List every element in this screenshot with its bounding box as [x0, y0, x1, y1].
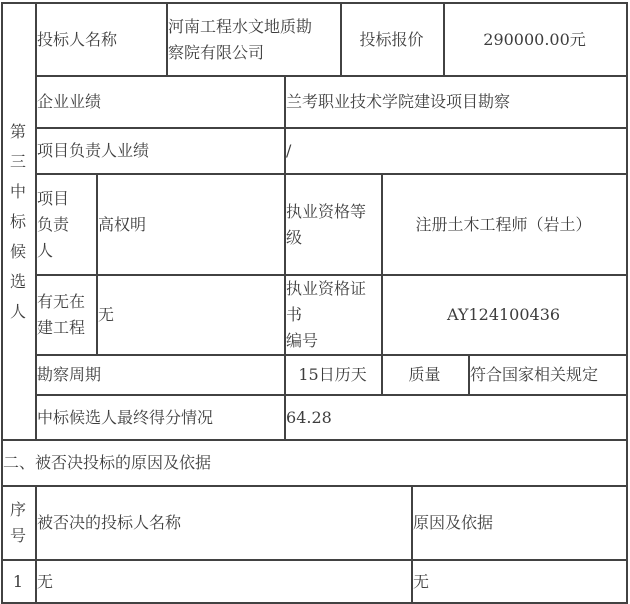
under-construction-value: 无 [97, 275, 285, 355]
rejected-row-reason: 无 [412, 560, 627, 603]
bid-price-value: 290000.00元 [444, 3, 627, 76]
rejected-bidder-name-header: 被否决的投标人名称 [36, 486, 412, 560]
quality-value: 符合国家相关规定 [469, 355, 627, 395]
bid-price-label: 投标报价 [341, 3, 444, 76]
final-score-value: 64.28 [285, 395, 627, 440]
bidder-name-label: 投标人名称 [36, 3, 167, 76]
leader-performance-value: / [285, 128, 627, 174]
rejected-reason-header: 原因及依据 [412, 486, 627, 560]
qualification-level-label: 执业资格等 级 [285, 174, 382, 275]
candidate-group-label: 第三中标候选人 [10, 117, 27, 327]
enterprise-performance-label: 企业业绩 [36, 76, 285, 128]
final-score-label: 中标候选人最终得分情况 [36, 395, 285, 440]
rejected-table-row: 1 无 无 [2, 560, 627, 603]
leader-performance-label: 项目负责人业绩 [36, 128, 285, 174]
bid-result-table: 第三中标候选人 投标人名称 河南工程水文地质勘 察院有限公司 投标报价 2900… [1, 2, 628, 604]
certificate-no-value: AY124100436 [382, 275, 627, 355]
quality-label: 质量 [382, 355, 469, 395]
candidate-group-header: 第三中标候选人 [2, 3, 36, 440]
rejected-row-name: 无 [36, 560, 412, 603]
enterprise-performance-value: 兰考职业技术学院建设项目勘察 [285, 76, 627, 128]
project-leader-label: 项目 负责 人 [36, 174, 97, 275]
under-construction-label: 有无在 建工程 [36, 275, 97, 355]
rejected-seq-header: 序 号 [2, 486, 36, 560]
rejected-row-seq: 1 [2, 560, 36, 603]
certificate-no-label: 执业资格证书 编号 [285, 275, 382, 355]
project-leader-value: 高权明 [97, 174, 285, 275]
rejected-section-title: 二、被否决投标的原因及依据 [2, 440, 627, 486]
bidder-name-value: 河南工程水文地质勘 察院有限公司 [167, 3, 341, 76]
qualification-level-value: 注册土木工程师（岩土） [382, 174, 627, 275]
survey-period-value: 15日历天 [285, 355, 382, 395]
survey-period-label: 勘察周期 [36, 355, 285, 395]
